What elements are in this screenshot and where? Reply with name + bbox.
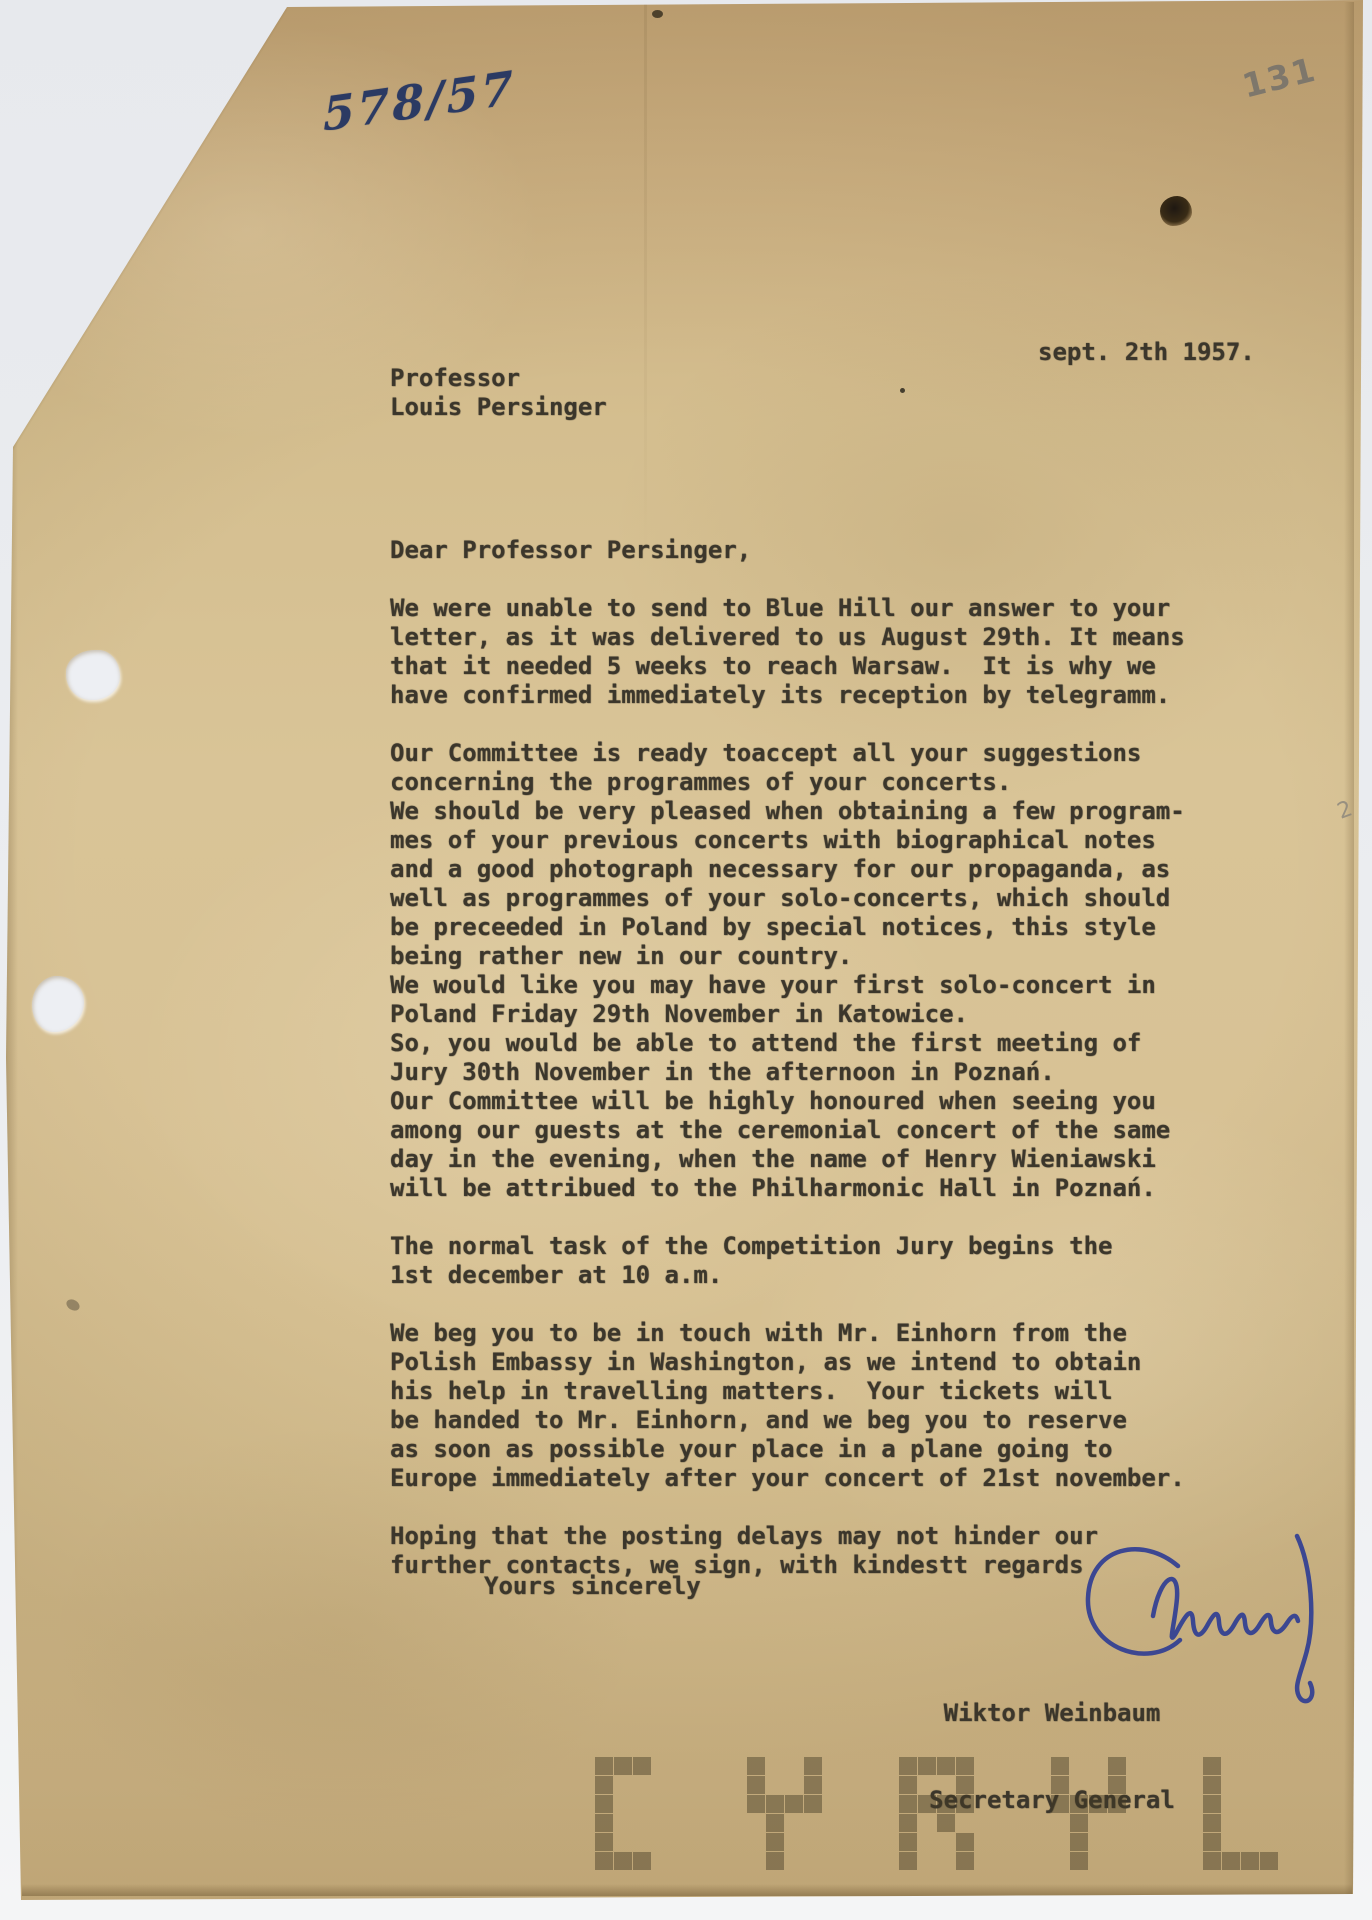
watermark-letter-y <box>1051 1757 1126 1870</box>
watermark-pixel <box>899 1776 917 1794</box>
watermark-pixel <box>1241 1795 1259 1813</box>
closing-salutation: Yours sincerely <box>484 1572 701 1601</box>
watermark-pixel <box>1222 1757 1240 1775</box>
watermark-pixel <box>937 1833 955 1851</box>
watermark-pixel <box>633 1833 651 1851</box>
watermark-pixel <box>1222 1776 1240 1794</box>
watermark-pixel <box>899 1757 917 1775</box>
watermark-pixel <box>766 1776 784 1794</box>
watermark-pixel <box>1070 1795 1088 1813</box>
watermark-pixel <box>766 1852 784 1870</box>
watermark-pixel <box>614 1833 632 1851</box>
watermark-pixel <box>1241 1776 1259 1794</box>
watermark-pixel <box>1089 1814 1107 1832</box>
watermark-pixel <box>804 1814 822 1832</box>
watermark-pixel <box>614 1757 632 1775</box>
watermark-pixel <box>1222 1795 1240 1813</box>
watermark-pixel <box>956 1776 974 1794</box>
watermark-pixel <box>899 1795 917 1813</box>
watermark-pixel <box>747 1852 765 1870</box>
watermark-pixel <box>614 1814 632 1832</box>
watermark-pixel <box>747 1757 765 1775</box>
watermark-pixel <box>595 1795 613 1813</box>
watermark-pixel <box>614 1776 632 1794</box>
watermark-pixel <box>899 1814 917 1832</box>
watermark-pixel <box>1222 1814 1240 1832</box>
watermark-pixel <box>1203 1757 1221 1775</box>
watermark-pixel <box>1051 1814 1069 1832</box>
watermark-pixel <box>804 1757 822 1775</box>
watermark-pixel <box>937 1757 955 1775</box>
watermark-pixel <box>785 1814 803 1832</box>
watermark-pixel <box>956 1757 974 1775</box>
watermark-pixel <box>1089 1833 1107 1851</box>
watermark-pixel <box>1260 1852 1278 1870</box>
watermark-pixel <box>918 1776 936 1794</box>
watermark-pixel <box>1070 1852 1088 1870</box>
watermark-pixel <box>918 1852 936 1870</box>
watermark-pixel <box>633 1757 651 1775</box>
watermark-pixel <box>804 1776 822 1794</box>
watermark-pixel <box>1222 1852 1240 1870</box>
watermark-pixel <box>766 1833 784 1851</box>
watermark-pixel <box>1089 1776 1107 1794</box>
watermark-pixel <box>1089 1757 1107 1775</box>
watermark-pixel <box>1070 1776 1088 1794</box>
ink-speck <box>652 10 663 18</box>
watermark-pixel <box>1070 1814 1088 1832</box>
watermark-pixel <box>1203 1852 1221 1870</box>
watermark-pixel <box>1108 1795 1126 1813</box>
watermark-letter-c <box>595 1757 651 1870</box>
watermark-pixel <box>1089 1852 1107 1870</box>
watermark-pixel <box>918 1833 936 1851</box>
recipient-address: Professor Louis Persinger <box>390 364 607 422</box>
watermark-pixel <box>595 1852 613 1870</box>
watermark-pixel <box>595 1757 613 1775</box>
watermark-pixel <box>956 1795 974 1813</box>
watermark-pixel <box>899 1852 917 1870</box>
watermark-pixel <box>614 1852 632 1870</box>
watermark-pixel <box>1051 1757 1069 1775</box>
watermark-pixel <box>1051 1833 1069 1851</box>
watermark-pixel <box>956 1833 974 1851</box>
watermark-pixel <box>804 1852 822 1870</box>
watermark-pixel <box>956 1814 974 1832</box>
watermark-pixel <box>1241 1757 1259 1775</box>
watermark-pixel <box>1241 1814 1259 1832</box>
watermark-pixel <box>1260 1833 1278 1851</box>
watermark-pixel <box>1108 1776 1126 1794</box>
watermark-pixel <box>1108 1814 1126 1832</box>
watermark-pixel <box>614 1795 632 1813</box>
watermark-pixel <box>766 1795 784 1813</box>
watermark-pixel <box>937 1852 955 1870</box>
watermark-pixel <box>899 1833 917 1851</box>
watermark-pixel <box>937 1814 955 1832</box>
date-line: sept. 2th 1957. <box>1038 338 1255 367</box>
watermark-pixel <box>766 1757 784 1775</box>
watermark-pixel <box>747 1814 765 1832</box>
watermark-letter-l <box>1203 1757 1278 1870</box>
watermark-pixel <box>918 1814 936 1832</box>
ink-speck <box>900 388 905 393</box>
handwritten-signature <box>1048 1516 1348 1726</box>
watermark-pixel <box>595 1776 613 1794</box>
watermark-pixel <box>1108 1852 1126 1870</box>
watermark-pixel <box>956 1852 974 1870</box>
watermark-pixel <box>918 1795 936 1813</box>
watermark-pixel <box>1241 1852 1259 1870</box>
watermark-pixel <box>1051 1776 1069 1794</box>
watermark-pixel <box>804 1833 822 1851</box>
watermark-pixel <box>785 1852 803 1870</box>
watermark-pixel <box>1203 1814 1221 1832</box>
watermark-pixel <box>918 1757 936 1775</box>
paper-bottom-edge <box>22 1884 1352 1896</box>
watermark-pixel <box>1260 1795 1278 1813</box>
watermark-pixel <box>1051 1795 1069 1813</box>
watermark-pixel <box>1260 1814 1278 1832</box>
watermark-pixel <box>1108 1757 1126 1775</box>
watermark-pixel <box>1108 1833 1126 1851</box>
watermark-pixel <box>785 1776 803 1794</box>
watermark-pixel <box>1203 1776 1221 1794</box>
watermark-pixel <box>747 1833 765 1851</box>
watermark-pixel <box>747 1795 765 1813</box>
watermark-pixel <box>1051 1852 1069 1870</box>
watermark-pixel <box>785 1833 803 1851</box>
watermark <box>0 1757 1372 1873</box>
watermark-pixel <box>633 1852 651 1870</box>
watermark-pixel <box>785 1757 803 1775</box>
watermark-pixel <box>937 1776 955 1794</box>
watermark-pixel <box>1070 1833 1088 1851</box>
punch-hole <box>66 650 120 700</box>
watermark-pixel <box>1070 1757 1088 1775</box>
paper-left-edge <box>6 440 18 1900</box>
watermark-pixel <box>1222 1833 1240 1851</box>
watermark-pixel <box>766 1814 784 1832</box>
watermark-pixel <box>785 1795 803 1813</box>
watermark-pixel <box>633 1795 651 1813</box>
watermark-pixel <box>595 1833 613 1851</box>
watermark-pixel <box>1260 1757 1278 1775</box>
paper-crease <box>644 0 647 560</box>
letter-body: Dear Professor Persinger, We were unable… <box>390 536 1185 1580</box>
watermark-pixel <box>595 1814 613 1832</box>
watermark-letter-r <box>899 1757 974 1870</box>
watermark-pixel <box>1089 1795 1107 1813</box>
watermark-pixel <box>1260 1776 1278 1794</box>
watermark-pixel <box>633 1814 651 1832</box>
watermark-letter-y <box>747 1757 822 1870</box>
watermark-pixel <box>633 1776 651 1794</box>
watermark-pixel <box>937 1795 955 1813</box>
watermark-pixel <box>747 1776 765 1794</box>
watermark-pixel <box>804 1795 822 1813</box>
watermark-pixel <box>1241 1833 1259 1851</box>
watermark-pixel <box>1203 1795 1221 1813</box>
watermark-pixel <box>1203 1833 1221 1851</box>
scanned-letter-page: 578/57 131 2 sept. 2th 1957. Professor L… <box>0 0 1372 1920</box>
